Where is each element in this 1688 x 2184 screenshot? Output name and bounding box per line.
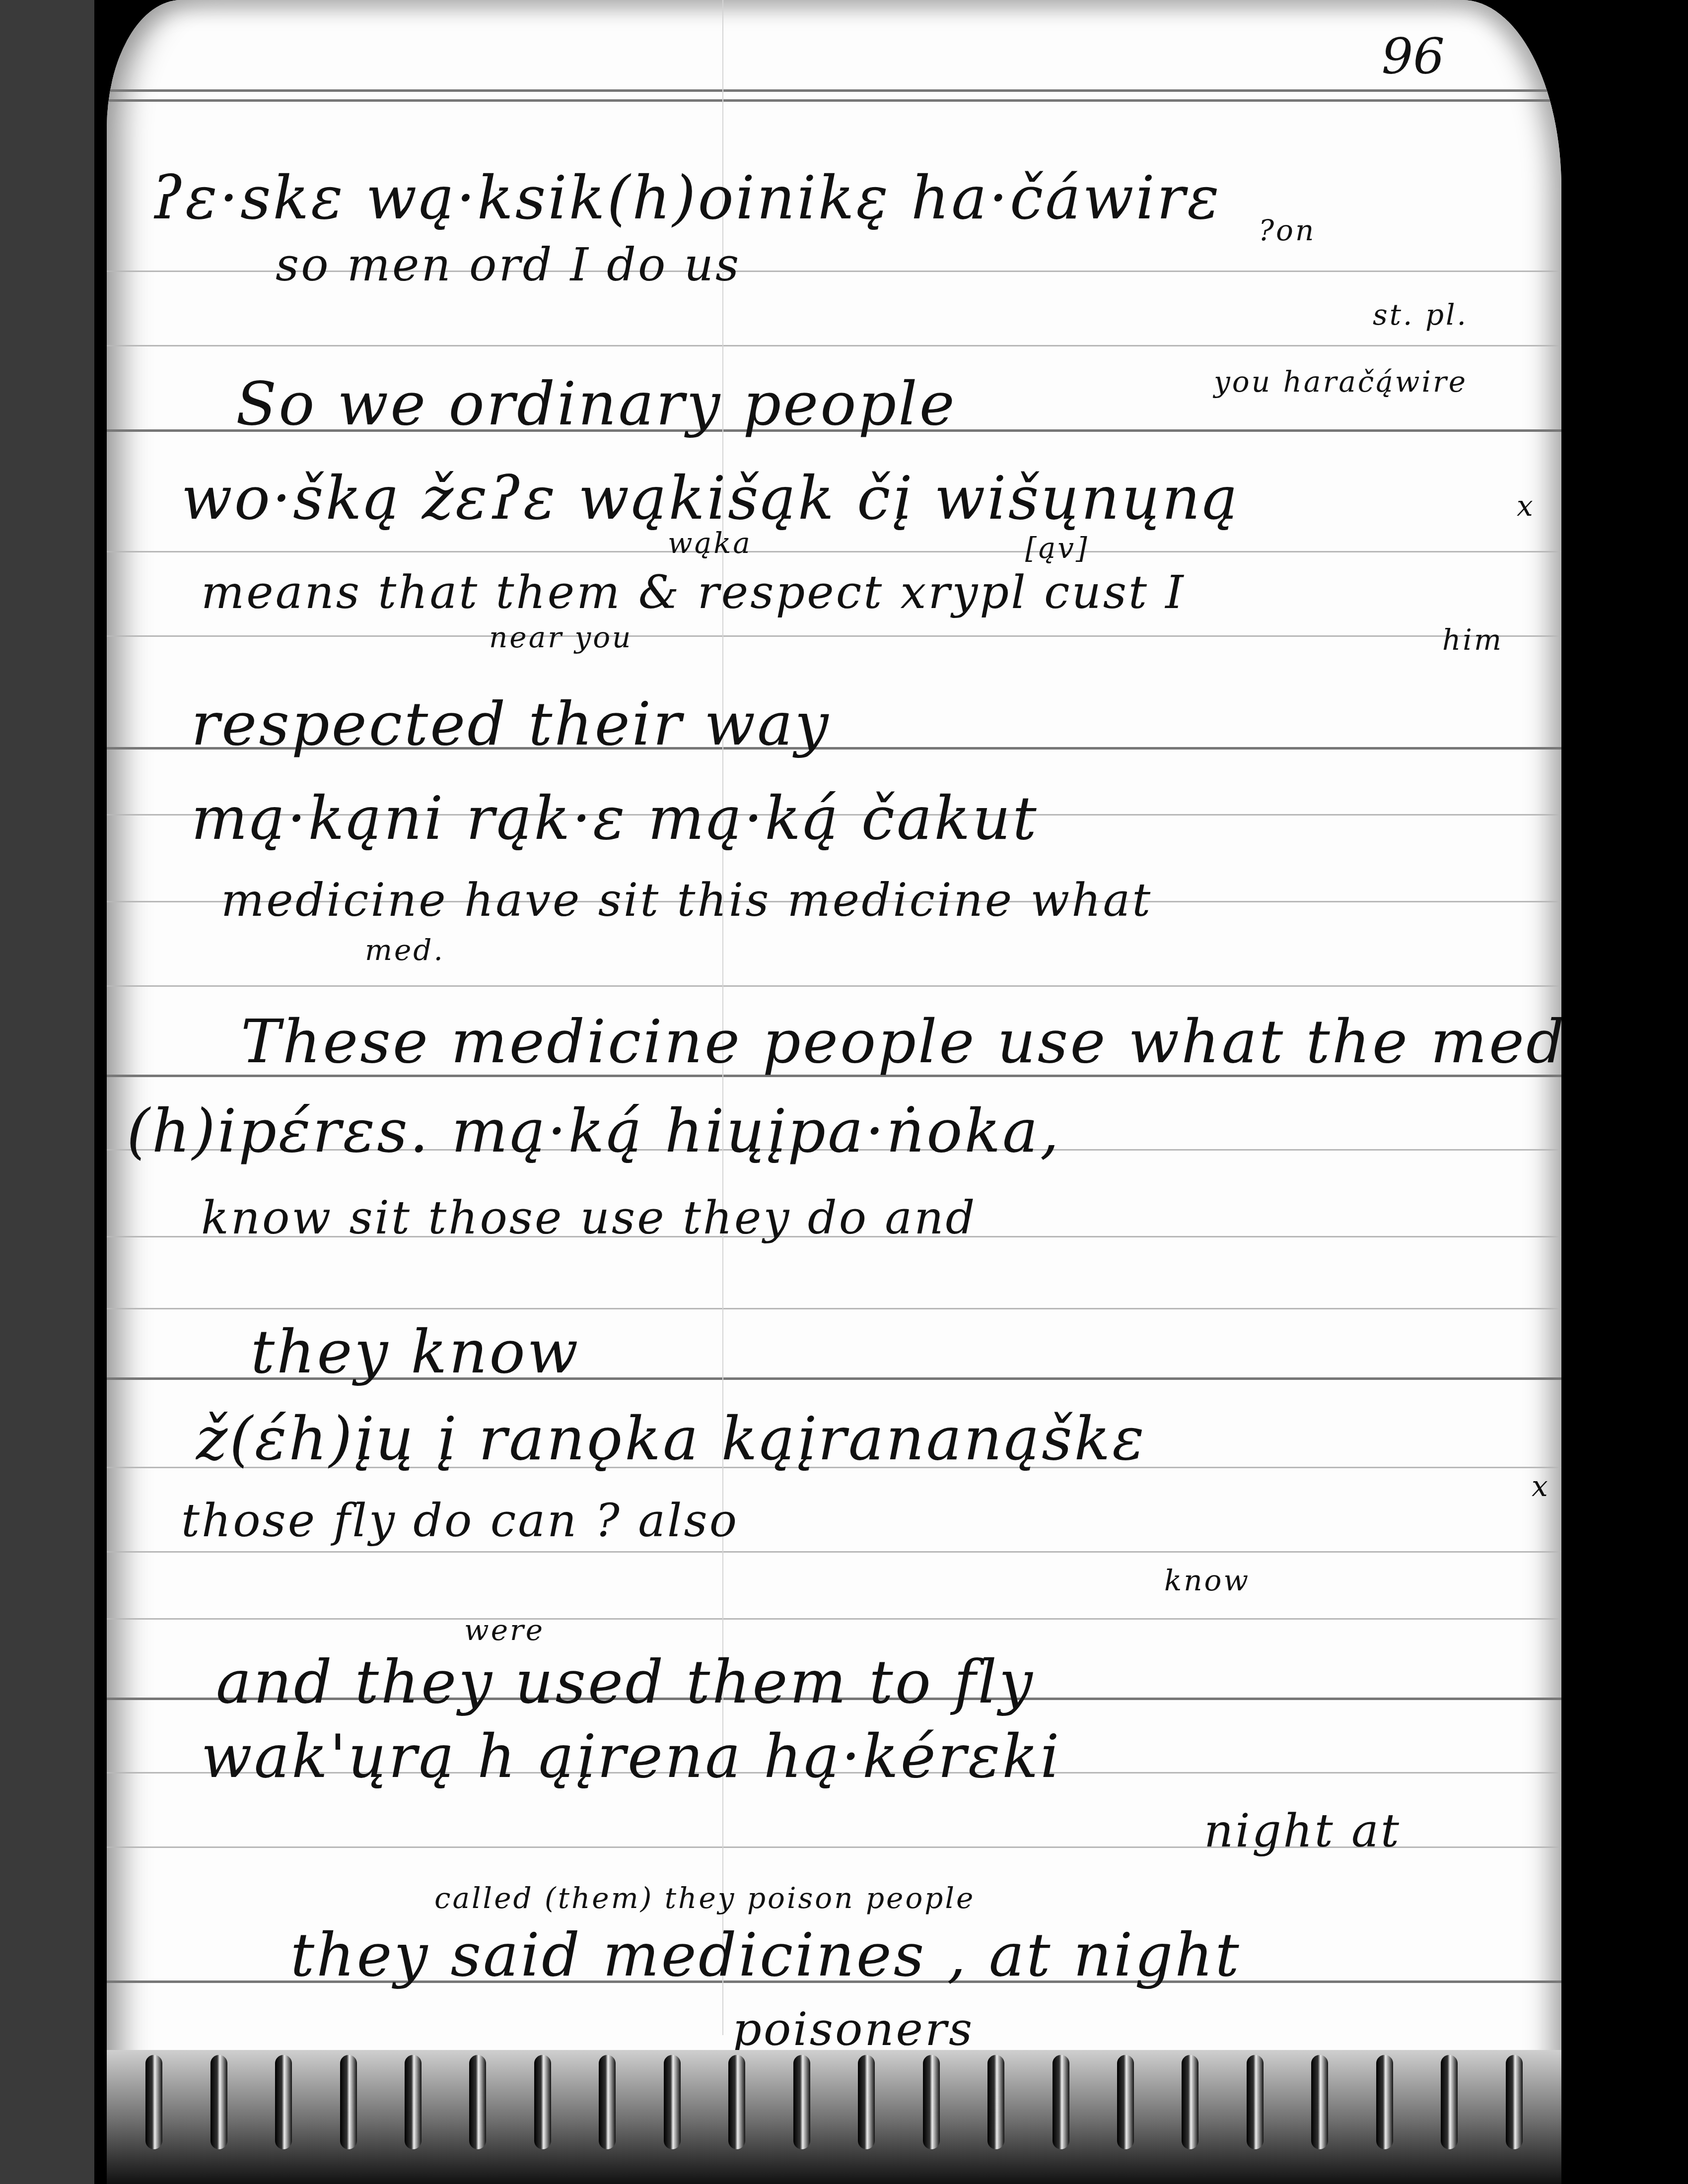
gloss-line: so men ord I do us bbox=[276, 238, 741, 291]
annotation: wąka bbox=[668, 526, 752, 560]
page-number: 96 bbox=[1382, 27, 1445, 85]
gloss-line: medicine have sit this medicine what bbox=[221, 874, 1152, 927]
ruled-line bbox=[107, 89, 1561, 92]
spiral-coil bbox=[1053, 2055, 1069, 2149]
spiral-coil bbox=[599, 2055, 616, 2149]
spiral-coil bbox=[340, 2055, 357, 2149]
spiral-coil bbox=[1376, 2055, 1393, 2149]
spiral-coil bbox=[1182, 2055, 1198, 2149]
spiral-coil bbox=[405, 2055, 422, 2149]
native-text-line: wak'ųrą h ąįrena hą·kérɛki bbox=[201, 1722, 1061, 1791]
spiral-coil bbox=[211, 2055, 227, 2149]
native-text-line: mą·kąni rąk·ɛ mą·ką́ čakut bbox=[191, 784, 1039, 853]
annotation: ?on bbox=[1259, 213, 1316, 247]
ruled-line bbox=[107, 345, 1561, 346]
annotation: x bbox=[1532, 1469, 1550, 1503]
annotation: near you bbox=[489, 620, 633, 654]
spiral-coil bbox=[793, 2055, 810, 2149]
gloss-line: poisoners bbox=[732, 2003, 974, 2056]
spiral-coil bbox=[145, 2055, 162, 2149]
notebook-page: 96 ʔɛ·skɛ wą·ksik(h)oinikɛ̨ ha·čáwirɛ so… bbox=[107, 0, 1561, 2184]
ruled-line bbox=[107, 1618, 1561, 1620]
spiral-coil bbox=[534, 2055, 551, 2149]
english-translation-line: they said medicines , at night bbox=[290, 1921, 1241, 1990]
spiral-coil bbox=[858, 2055, 875, 2149]
annotation: him bbox=[1442, 623, 1503, 657]
annotation: you haračą́wire bbox=[1214, 365, 1468, 399]
gloss-line: know sit those use they do and bbox=[201, 1191, 977, 1244]
annotation: called (them) they poison people bbox=[434, 1881, 975, 1915]
native-text-line: ž(ɛ́h)įų į ranǫka kąįrananąškɛ bbox=[196, 1405, 1146, 1474]
gloss-line: those fly do can ? also bbox=[181, 1494, 739, 1547]
annotation: were bbox=[464, 1613, 545, 1647]
spiral-binding bbox=[107, 2050, 1561, 2184]
gloss-line: night at bbox=[1204, 1804, 1401, 1857]
ruled-line bbox=[107, 985, 1561, 987]
annotation: med. bbox=[365, 933, 445, 967]
spiral-coil bbox=[1117, 2055, 1134, 2149]
english-translation-line: and they used them to fly bbox=[216, 1648, 1035, 1717]
spiral-coil bbox=[923, 2055, 940, 2149]
ruled-line bbox=[107, 1308, 1561, 1309]
ruled-line bbox=[107, 1551, 1561, 1553]
ruled-line bbox=[107, 635, 1561, 637]
spiral-coil bbox=[728, 2055, 745, 2149]
annotation: know bbox=[1164, 1564, 1250, 1597]
spiral-coil bbox=[1247, 2055, 1264, 2149]
english-translation-line: they know bbox=[251, 1318, 580, 1387]
native-text-line: (h)ipɛ́rɛs. mą·ką́ hiųįpa·ṅoka, bbox=[127, 1097, 1061, 1166]
spiral-coil bbox=[664, 2055, 681, 2149]
annotation: x bbox=[1517, 489, 1535, 523]
spiral-coil bbox=[1311, 2055, 1328, 2149]
gloss-line: means that them & respect xrypl cust I bbox=[201, 566, 1185, 619]
english-translation-line: These medicine people use what the medic… bbox=[241, 1008, 1561, 1077]
scanner-background-strip bbox=[0, 0, 94, 2184]
english-translation-line: respected their way bbox=[191, 690, 831, 759]
native-text-line: wo·šką žɛʔɛ wąkišąk čį wišųnųną bbox=[181, 464, 1240, 533]
annotation: st. pl. bbox=[1373, 298, 1468, 332]
english-translation-line: So we ordinary people bbox=[236, 370, 957, 439]
spiral-coil bbox=[1506, 2055, 1523, 2149]
spiral-coil bbox=[987, 2055, 1004, 2149]
spiral-coil bbox=[1441, 2055, 1458, 2149]
spiral-coil bbox=[469, 2055, 486, 2149]
ruled-line bbox=[107, 99, 1561, 102]
annotation: [ąv] bbox=[1025, 531, 1089, 565]
native-text-line: ʔɛ·skɛ wą·ksik(h)oinikɛ̨ ha·čáwirɛ bbox=[151, 164, 1221, 233]
ruled-line bbox=[107, 551, 1561, 552]
spiral-coil bbox=[275, 2055, 292, 2149]
